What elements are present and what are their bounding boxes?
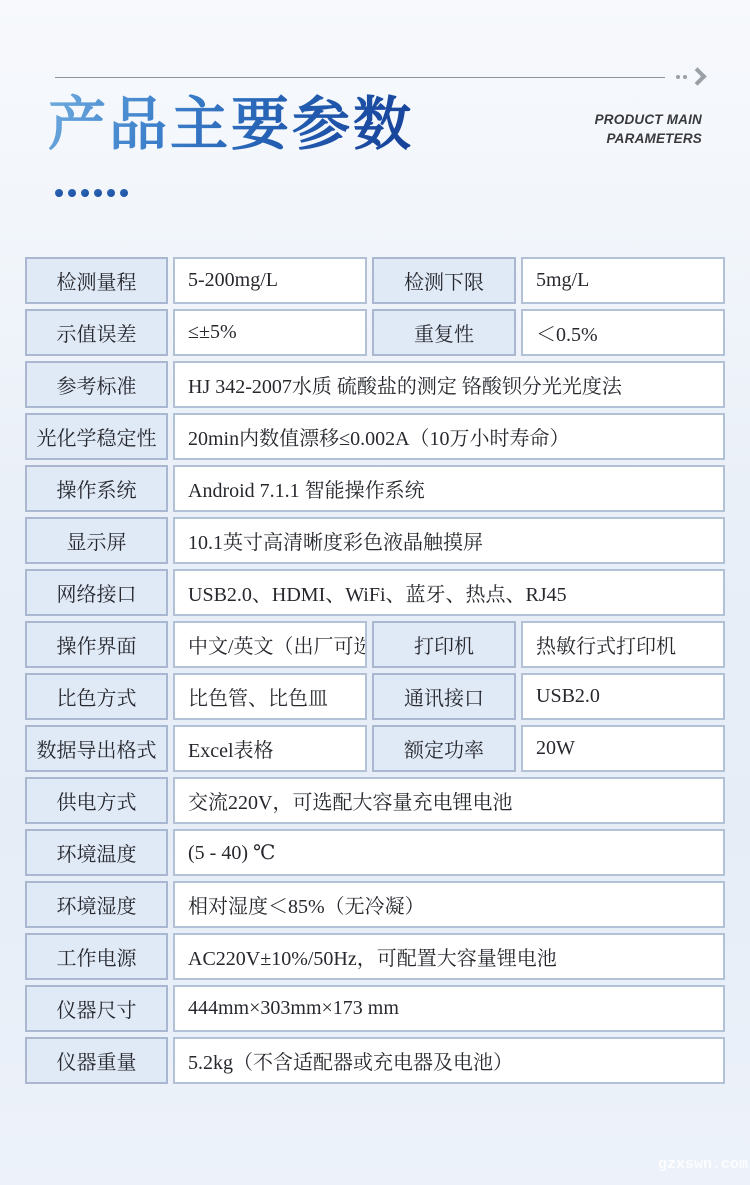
spec-label: 重复性: [372, 309, 516, 356]
spec-value: Android 7.1.1 智能操作系统: [173, 465, 725, 512]
spec-value: ＜0.5%: [521, 309, 725, 356]
site-watermark: gzxswn.com: [658, 1156, 748, 1173]
page-title: 产品主要参数: [48, 92, 414, 159]
spec-label: 光化学稳定性: [25, 413, 168, 460]
spec-value: 5-200mg/L: [173, 257, 367, 304]
spec-value: 热敏行式打印机: [521, 621, 725, 668]
spec-table: 检测量程 5-200mg/L 检测下限 5mg/L 示值误差 ≤±5% 重复性 …: [25, 257, 725, 1084]
spec-label: 检测量程: [25, 257, 168, 304]
spec-label: 操作系统: [25, 465, 168, 512]
spec-label: 显示屏: [25, 517, 168, 564]
spec-label: 通讯接口: [372, 673, 516, 720]
spec-label: 打印机: [372, 621, 516, 668]
spec-value: 10.1英寸高清晰度彩色液晶触摸屏: [173, 517, 725, 564]
spec-value: 20min内数值漂移≤0.002A（10万小时寿命）: [173, 413, 725, 460]
dot-icon: [107, 189, 115, 197]
spec-label: 数据导出格式: [25, 725, 168, 772]
spec-value: HJ 342-2007水质 硫酸盐的测定 铬酸钡分光光度法: [173, 361, 725, 408]
title-row: 产品主要参数 PRODUCT MAIN PARAMETERS: [48, 92, 702, 159]
spec-value: ≤±5%: [173, 309, 367, 356]
subtitle-line-1: PRODUCT MAIN: [595, 111, 702, 130]
spec-label: 额定功率: [372, 725, 516, 772]
subtitle-line-2: PARAMETERS: [595, 130, 702, 149]
spec-label: 网络接口: [25, 569, 168, 616]
spec-label: 环境湿度: [25, 881, 168, 928]
product-parameters-page: 产品主要参数 PRODUCT MAIN PARAMETERS 检测量程 5-20…: [0, 0, 750, 1185]
spec-label: 仪器重量: [25, 1037, 168, 1084]
chevron-right-icon: [688, 67, 706, 85]
spec-value: (5 - 40) ℃: [173, 829, 725, 876]
title-ornament-dots: [55, 189, 128, 197]
spec-label: 参考标准: [25, 361, 168, 408]
spec-value: 444mm×303mm×173 mm: [173, 985, 725, 1032]
spec-label: 示值误差: [25, 309, 168, 356]
spec-value: AC220V±10%/50Hz，可配置大容量锂电池: [173, 933, 725, 980]
spec-value: 5mg/L: [521, 257, 725, 304]
spec-label: 环境温度: [25, 829, 168, 876]
spec-label: 操作界面: [25, 621, 168, 668]
spec-label: 检测下限: [372, 257, 516, 304]
spec-label: 工作电源: [25, 933, 168, 980]
spec-label: 供电方式: [25, 777, 168, 824]
double-chevron-right-icon: [676, 70, 704, 83]
spec-value: 相对湿度＜85%（无冷凝）: [173, 881, 725, 928]
dot-icon: [676, 75, 680, 79]
spec-label: 比色方式: [25, 673, 168, 720]
dot-icon: [120, 189, 128, 197]
page-subtitle-en: PRODUCT MAIN PARAMETERS: [595, 111, 702, 149]
dot-icon: [683, 75, 687, 79]
spec-value: 20W: [521, 725, 725, 772]
dot-icon: [68, 189, 76, 197]
spec-value: USB2.0: [521, 673, 725, 720]
page-header: 产品主要参数 PRODUCT MAIN PARAMETERS: [0, 0, 750, 257]
dot-icon: [81, 189, 89, 197]
dot-icon: [94, 189, 102, 197]
spec-value: 比色管、比色皿: [173, 673, 367, 720]
spec-label: 仪器尺寸: [25, 985, 168, 1032]
spec-value: 中文/英文（出厂可选）: [173, 621, 367, 668]
dot-icon: [55, 189, 63, 197]
spec-value: 交流220V，可选配大容量充电锂电池: [173, 777, 725, 824]
spec-value: Excel表格: [173, 725, 367, 772]
spec-value: 5.2kg（不含适配器或充电器及电池）: [173, 1037, 725, 1084]
spec-value: USB2.0、HDMI、WiFi、蓝牙、热点、RJ45: [173, 569, 725, 616]
header-divider-line: [55, 77, 665, 78]
